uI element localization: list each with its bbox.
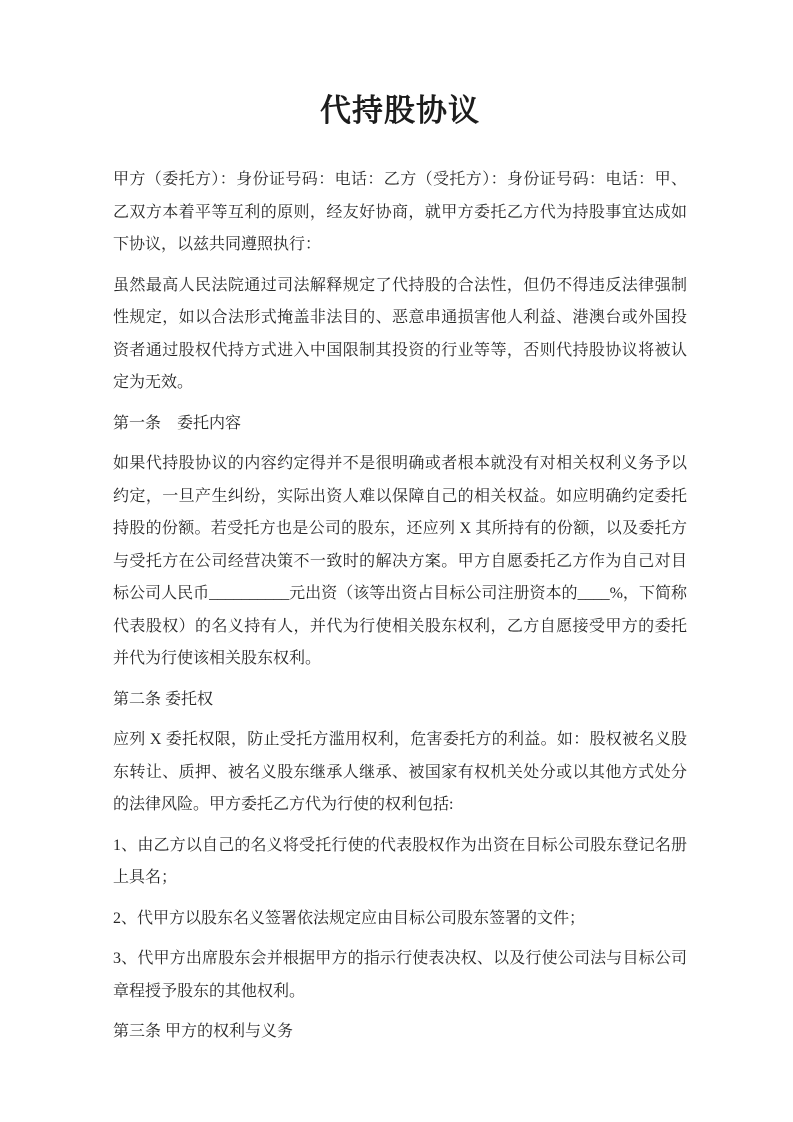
document-title: 代持股协议	[113, 88, 687, 134]
paragraph-article-1-body: 如果代持股协议的内容约定得并不是很明确或者根本就没有对相关权利义务予以约定，一旦…	[113, 448, 687, 676]
paragraph-parties: 甲方（委托方）：身份证号码：电话：乙方（受托方）：身份证号码：电话：甲、乙双方本…	[113, 164, 687, 262]
paragraph-article-2-body: 应列 X 委托权限，防止受托方滥用权利，危害委托方的利益。如：股权被名义股东转让…	[113, 724, 687, 822]
list-item-3: 3、代甲方出席股东会并根据甲方的指示行使表决权、以及行使公司法与目标公司章程授予…	[113, 943, 687, 1008]
paragraph-legality-note: 虽然最高人民法院通过司法解释规定了代持股的合法性，但仍不得违反法律强制性规定，如…	[113, 270, 687, 400]
document-page: 代持股协议 甲方（委托方）：身份证号码：电话：乙方（受托方）：身份证号码：电话：…	[0, 0, 793, 1122]
list-item-1: 1、由乙方以自己的名义将受托行使的代表股权作为出资在目标公司股东登记名册上具名；	[113, 830, 687, 895]
list-item-2: 2、代甲方以股东名义签署依法规定应由目标公司股东签署的文件；	[113, 903, 687, 936]
heading-article-3: 第三条 甲方的权利与义务	[113, 1016, 687, 1049]
heading-article-2: 第二条 委托权	[113, 684, 687, 717]
heading-article-1: 第一条 委托内容	[113, 408, 687, 441]
